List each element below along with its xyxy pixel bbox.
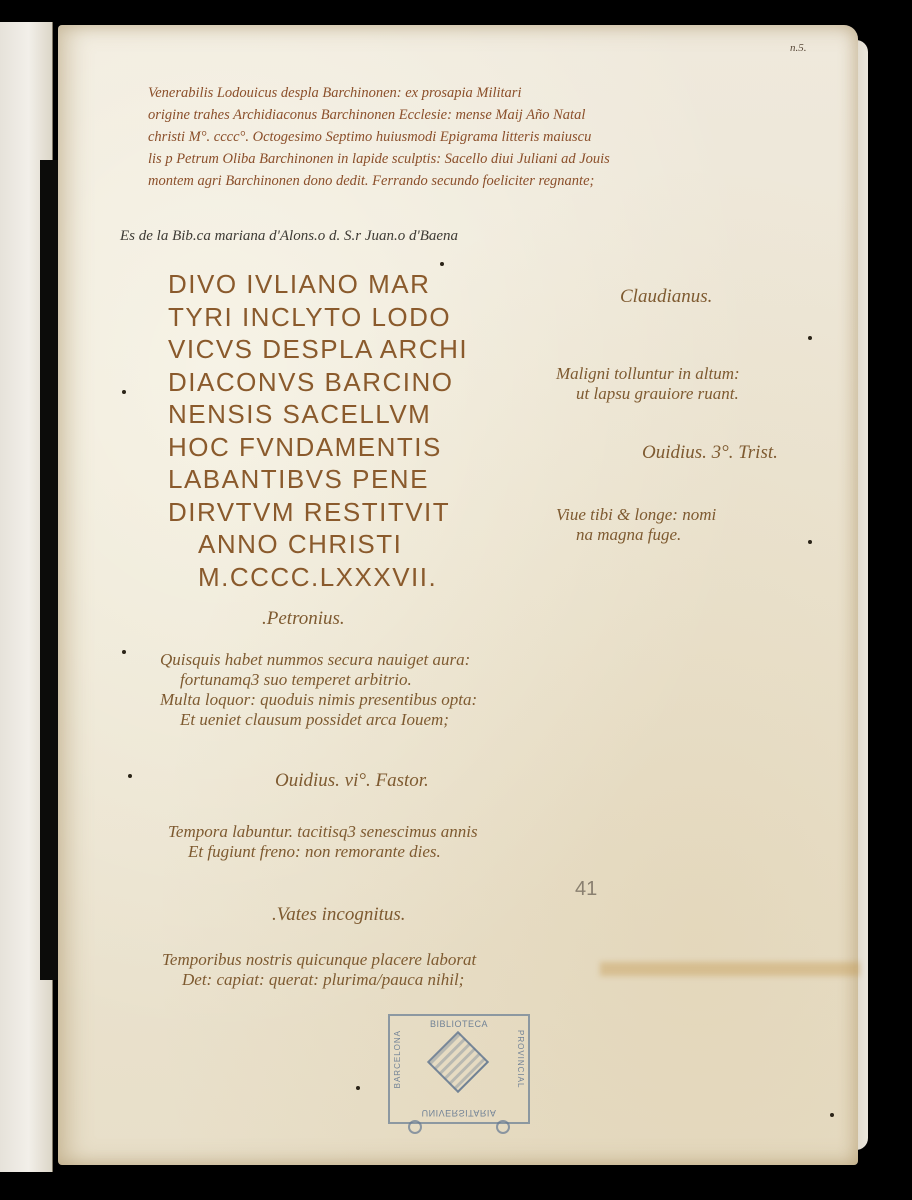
inscription-line: DIVO IVLIANO MAR	[168, 268, 468, 301]
vates-incognitus-verse: Temporibus nostris quicunque placere lab…	[162, 950, 476, 990]
stamp-top-text: BIBLIOTECA	[390, 1019, 528, 1029]
stamp-right-text: PROVINCIAL	[516, 1030, 525, 1088]
inscription-line: TYRI INCLYTO LODO	[168, 301, 468, 334]
header-note-line: christi M°. cccc°. Octogesimo Septimo hu…	[148, 126, 610, 148]
prick-mark	[808, 540, 812, 544]
header-note-line: lis p Petrum Oliba Barchinonen in lapide…	[148, 148, 610, 170]
verse-line: Temporibus nostris quicunque placere lab…	[162, 950, 476, 969]
verse-line: Et fugiunt freno: non remorante dies.	[168, 842, 478, 862]
inscription-line: HOC FVNDAMENTIS	[168, 431, 468, 464]
stamp-foot-icon	[496, 1120, 510, 1134]
inscription-line: VICVS DESPLA ARCHI	[168, 333, 468, 366]
claudianus-title: Claudianus.	[620, 286, 712, 308]
inscription-line: DIACONVS BARCINO	[168, 366, 468, 399]
prick-mark	[440, 262, 444, 266]
binding-gutter	[40, 160, 58, 980]
prick-mark	[356, 1086, 360, 1090]
prick-mark	[122, 390, 126, 394]
coat-of-arms-icon	[427, 1031, 489, 1093]
stamp-foot-icon	[408, 1120, 422, 1134]
verse-line: Et ueniet clausum possidet arca Iouem;	[160, 710, 477, 730]
folio-number: n.5.	[790, 42, 807, 54]
verse-line: Det: capiat: querat: plurima/pauca nihil…	[162, 970, 476, 990]
inscription-line: M.CCCC.LXXXVII.	[168, 561, 468, 594]
prick-mark	[808, 336, 812, 340]
inscription-line: DIRVTVM RESTITVIT	[168, 496, 468, 529]
verse-line: ut lapsu grauiore ruant.	[556, 384, 740, 404]
ovidius-tristia-title: Ouidius. 3°. Trist.	[642, 442, 778, 464]
inscription-line: ANNO CHRISTI	[168, 528, 468, 561]
verse-line: na magna fuge.	[556, 525, 716, 545]
inscription-line: LABANTIBVS PENE	[168, 463, 468, 496]
epigraph-inscription: DIVO IVLIANO MAR TYRI INCLYTO LODO VICVS…	[168, 268, 468, 593]
pencil-number: 41	[575, 878, 597, 901]
petronius-title: .Petronius.	[262, 608, 345, 630]
stamp-left-text: BARCELONA	[393, 1030, 402, 1088]
verse-line: fortunamq3 suo temperet arbitrio.	[160, 670, 477, 690]
header-note-line: origine trahes Archidiaconus Barchinonen…	[148, 104, 610, 126]
ovidius-fastorum-title: Ouidius. vi°. Fastor.	[275, 770, 429, 792]
header-note-line: montem agri Barchinonen dono dedit. Ferr…	[148, 170, 610, 192]
ovidius-tristia-verse: Viue tibi & longe: nomi na magna fuge.	[556, 505, 716, 545]
verse-line: Tempora labuntur. tacitisq3 senescimus a…	[168, 822, 478, 841]
verse-line: Viue tibi & longe: nomi	[556, 505, 716, 524]
verse-line: Maligni tolluntur in altum:	[556, 364, 740, 383]
prick-mark	[830, 1113, 834, 1117]
prick-mark	[128, 774, 132, 778]
petronius-verse: Quisquis habet nummos secura nauiget aur…	[160, 650, 477, 730]
provenance-note: Es de la Bib.ca mariana d'Alons.o d. S.r…	[120, 228, 458, 245]
library-stamp: BIBLIOTECA PROVINCIAL BARCELONA UNIVERSI…	[388, 1014, 530, 1124]
header-note-line: Venerabilis Lodouicus despla Barchinonen…	[148, 82, 610, 104]
verse-line: Multa loquor: quoduis nimis presentibus …	[160, 690, 477, 710]
water-stain	[600, 962, 860, 976]
ovidius-fastorum-verse: Tempora labuntur. tacitisq3 senescimus a…	[168, 822, 478, 862]
inscription-line: NENSIS SACELLVM	[168, 398, 468, 431]
vates-incognitus-title: .Vates incognitus.	[272, 904, 406, 926]
claudianus-verse: Maligni tolluntur in altum: ut lapsu gra…	[556, 364, 740, 404]
prick-mark	[122, 650, 126, 654]
header-note: Venerabilis Lodouicus despla Barchinonen…	[148, 82, 610, 192]
stamp-bottom-text: UNIVERSITARIA	[390, 1108, 528, 1118]
manuscript-page	[58, 25, 858, 1165]
verse-line: Quisquis habet nummos secura nauiget aur…	[160, 650, 470, 669]
